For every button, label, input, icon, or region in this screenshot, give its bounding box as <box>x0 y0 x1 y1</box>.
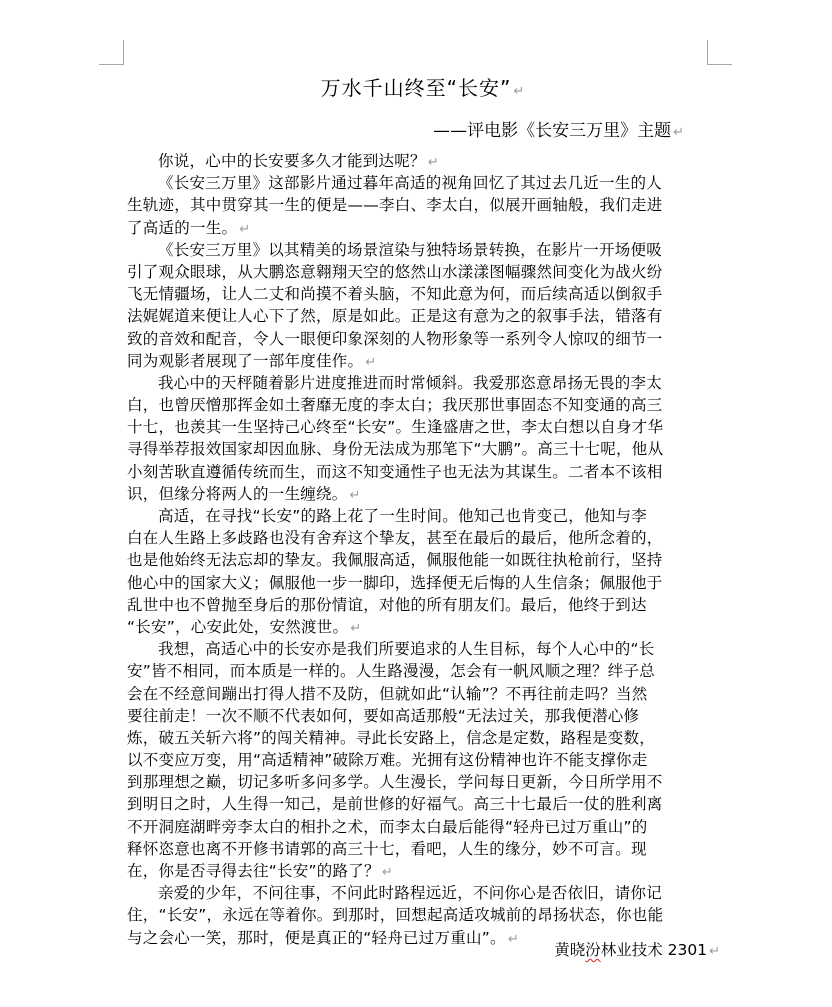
text-line: 《长安三万里》这部影片通过暮年高适的视角回忆了其过去几近一生的人 <box>127 172 702 194</box>
text-line: 乱世中也不曾抛至身后的那份情谊，对他的所有朋友们。最后，他终于到达 <box>127 594 702 616</box>
text-line: 了高适的一生。↵ <box>127 217 702 239</box>
text-line: 亲爱的少年，不问往事，不问此时路程远近，不问你心是否依旧，请你记 <box>127 882 702 904</box>
paragraph-mark-icon: ↵ <box>350 621 361 636</box>
line-text: “长安”，心安此处，安然渡世。 <box>127 618 348 636</box>
text-line: 法娓娓道来便让人心下了然，原是如此。正是这有意为之的叙事手法，错落有 <box>127 305 702 327</box>
line-text: 高适，在寻找“长安”的路上花了一生时间。他知己也肯变己，他知与李 <box>158 507 647 525</box>
paragraph: 我想，高适心中的长安亦是我们所要追求的人生目标，每个人心中的“长安”皆不相同，而… <box>127 638 702 882</box>
line-text: 与之会心一笑，那时，便是真正的“轻舟已过万重山”。 <box>127 929 506 947</box>
line-text: 乱世中也不曾抛至身后的那份情谊，对他的所有朋友们。最后，他终于到达 <box>127 596 647 614</box>
line-text: 到那理想之巅，切记多听多问多学。人生漫长，学问每日更新，今日所学用不 <box>127 773 663 791</box>
line-text: 会在不经意间蹦出打得人措不及防，但就如此“认输”？不再往前走吗？当然 <box>127 685 648 703</box>
line-text: 寻得举荐报效国家却因血脉、身份无法成为那笔下“大鹏”。高三十七呢，他从 <box>127 440 663 458</box>
line-text: 住，“长安”，永远在等着你。到那时，回想起高适攻城前的昂扬状态，你也能 <box>127 906 663 924</box>
text-line: 在，你是否寻得去往“长安”的路了？↵ <box>127 860 702 882</box>
text-line: 寻得举荐报效国家却因血脉、身份无法成为那笔下“大鹏”。高三十七呢，他从 <box>127 438 702 460</box>
text-line: “长安”，心安此处，安然渡世。↵ <box>127 616 702 638</box>
line-text: 生轨迹，其中贯穿其一生的便是——李白、李太白，似展开画轴般，我们走进 <box>127 196 663 214</box>
line-text: 要往前走！一次不顺不代表如何，要如高适那般“无法过关，那我便潜心修 <box>127 707 639 725</box>
text-line: 不开洞庭湖畔旁李太白的相扑之术，而李太白最后能得“轻舟已过万重山”的 <box>127 816 702 838</box>
text-line: 我想，高适心中的长安亦是我们所要追求的人生目标，每个人心中的“长 <box>127 638 702 660</box>
author-signature[interactable]: 黄晓汾林业技术 2301↵ <box>554 939 720 963</box>
text-line: 高适，在寻找“长安”的路上花了一生时间。他知己也肯变己，他知与李 <box>127 505 702 527</box>
text-line: 会在不经意间蹦出打得人措不及防，但就如此“认输”？不再往前走吗？当然 <box>127 683 702 705</box>
text-line: 识，但缘分将两人的一生缠绕。↵ <box>127 483 702 505</box>
paragraph-mark-icon: ↵ <box>365 355 376 370</box>
margin-corner-mark-top-left <box>99 40 124 65</box>
line-text: 飞无情疆场，让人二丈和尚摸不着头脑，不知此意为何，而后续高适以倒叙手 <box>127 285 663 303</box>
document-body[interactable]: 你说，心中的长安要多久才能到达呢？↵《长安三万里》这部影片通过暮年高适的视角回忆… <box>127 150 702 949</box>
text-line: 要往前走！一次不顺不代表如何，要如高适那般“无法过关，那我便潜心修 <box>127 705 702 727</box>
title-text: 万水千山终至“长安” <box>321 76 512 100</box>
paragraph: 我心中的天枰随着影片进度推进而时常倾斜。我爱那恣意昂扬无畏的李太白，也曾厌憎那挥… <box>127 372 702 505</box>
line-text: 释怀恣意也离不开修书请郭的高三十七，看吧，人生的缘分，妙不可言。现 <box>127 840 647 858</box>
paragraph-mark-icon: ↵ <box>350 488 361 503</box>
signature-class-text: 林业技术 2301 <box>601 941 707 959</box>
paragraph: 《长安三万里》以其精美的场景渲染与独特场景转换，在影片一开场便吸引了观众眼球，从… <box>127 239 702 372</box>
paragraph-mark-icon: ↵ <box>513 84 525 99</box>
text-line: 到明日之时，人生得一知己，是前世修的好福气。高三十七最后一仗的胜利离 <box>127 793 702 815</box>
line-text: 引了观众眼球，从大鹏恣意翱翔天空的悠然山水漾漾图幅骤然间变化为战火纷 <box>127 263 663 281</box>
line-text: 法娓娓道来便让人心下了然，原是如此。正是这有意为之的叙事手法，错落有 <box>127 307 663 325</box>
paragraph-mark-icon: ↵ <box>508 932 519 947</box>
line-text: 小刻苦耿直遵循传统而生，而这不知变通性子也无法为其谋生。二者本不该相 <box>127 463 663 481</box>
document-subtitle[interactable]: ——评电影《长安三万里》主题↵ <box>433 118 684 146</box>
line-text: 到明日之时，人生得一知己，是前世修的好福气。高三十七最后一仗的胜利离 <box>127 795 663 813</box>
text-line: 安”皆不相同，而本质是一样的。人生路漫漫，怎会有一帆风顺之理？绊子总 <box>127 660 702 682</box>
text-line: 以不变应万变，用“高适精神”破除万难。光拥有这份精神也许不能支撑你走 <box>127 749 702 771</box>
text-line: 住，“长安”，永远在等着你。到那时，回想起高适攻城前的昂扬状态，你也能 <box>127 904 702 926</box>
text-line: 《长安三万里》以其精美的场景渲染与独特场景转换，在影片一开场便吸 <box>127 239 702 261</box>
text-line: 炼，破五关斩六将”的闯关精神。寻此长安路上，信念是定数，路程是变数， <box>127 727 702 749</box>
text-line: 我心中的天枰随着影片进度推进而时常倾斜。我爱那恣意昂扬无畏的李太 <box>127 372 702 394</box>
line-text: 也是他始终无法忘却的挚友。我佩服高适，佩服他能一如既往执枪前行，坚持 <box>127 551 663 569</box>
text-line: 也是他始终无法忘却的挚友。我佩服高适，佩服他能一如既往执枪前行，坚持 <box>127 549 702 571</box>
text-line: 生轨迹，其中贯穿其一生的便是——李白、李太白，似展开画轴般，我们走进 <box>127 194 702 216</box>
paragraph: 高适，在寻找“长安”的路上花了一生时间。他知己也肯变己，他知与李白在人生路上多歧… <box>127 505 702 638</box>
line-text: 不开洞庭湖畔旁李太白的相扑之术，而李太白最后能得“轻舟已过万重山”的 <box>127 818 648 836</box>
line-text: 白，也曾厌憎那挥金如土奢靡无度的李太白；我厌那世事固态不知变通的高三 <box>127 396 663 414</box>
text-line: 白，也曾厌憎那挥金如土奢靡无度的李太白；我厌那世事固态不知变通的高三 <box>127 394 702 416</box>
line-text: 安”皆不相同，而本质是一样的。人生路漫漫，怎会有一帆风顺之理？绊子总 <box>127 662 655 680</box>
line-text: 了高适的一生。 <box>127 219 237 237</box>
paragraph: 《长安三万里》这部影片通过暮年高适的视角回忆了其过去几近一生的人生轨迹，其中贯穿… <box>127 172 702 239</box>
line-text: 你说，心中的长安要多久才能到达呢？ <box>158 152 426 170</box>
paragraph-mark-icon: ↵ <box>239 222 250 237</box>
paragraph-mark-icon: ↵ <box>673 125 684 140</box>
text-line: 你说，心中的长安要多久才能到达呢？↵ <box>127 150 702 172</box>
line-text: 炼，破五关斩六将”的闯关精神。寻此长安路上，信念是定数，路程是变数， <box>127 729 655 747</box>
text-line: 十七，也羡其一生坚持己心终至“长安”。生逢盛唐之世，李太白想以自身才华 <box>127 416 702 438</box>
margin-corner-mark-top-right <box>707 40 732 65</box>
text-line: 致的音效和配音，令人一眼便印象深刻的人物形象等一系列令人惊叹的细节一 <box>127 328 702 350</box>
paragraph: 你说，心中的长安要多久才能到达呢？↵ <box>127 150 702 172</box>
subtitle-text: ——评电影《长安三万里》主题 <box>433 121 671 141</box>
line-text: 致的音效和配音，令人一眼便印象深刻的人物形象等一系列令人惊叹的细节一 <box>127 330 663 348</box>
text-line: 飞无情疆场，让人二丈和尚摸不着头脑，不知此意为何，而后续高适以倒叙手 <box>127 283 702 305</box>
spellcheck-flagged-word[interactable]: 汾 <box>585 941 601 959</box>
line-text: 我心中的天枰随着影片进度推进而时常倾斜。我爱那恣意昂扬无畏的李太 <box>158 374 662 392</box>
line-text: 十七，也羡其一生坚持己心终至“长安”。生逢盛唐之世，李太白想以自身才华 <box>127 418 663 436</box>
line-text: 在，你是否寻得去往“长安”的路了？ <box>127 862 380 880</box>
text-line: 引了观众眼球，从大鹏恣意翱翔天空的悠然山水漾漾图幅骤然间变化为战火纷 <box>127 261 702 283</box>
document-title[interactable]: 万水千山终至“长安”↵ <box>0 74 832 106</box>
paragraph-mark-icon: ↵ <box>382 865 393 880</box>
text-line: 小刻苦耿直遵循传统而生，而这不知变通性子也无法为其谋生。二者本不该相 <box>127 461 702 483</box>
paragraph-mark-icon: ↵ <box>709 944 720 959</box>
line-text: 同为观影者展现了一部年度佳作。 <box>127 352 363 370</box>
line-text: 以不变应万变，用“高适精神”破除万难。光拥有这份精神也许不能支撑你走 <box>127 751 648 769</box>
line-text: 《长安三万里》这部影片通过暮年高适的视角回忆了其过去几近一生的人 <box>158 174 662 192</box>
text-line: 他心中的国家大义；佩服他一步一脚印，选择便无后悔的人生信条；佩服他于 <box>127 572 702 594</box>
text-line: 白在人生路上多歧路也没有舍弃这个挚友，甚至在最后的最后，他所念着的， <box>127 527 702 549</box>
text-line: 同为观影者展现了一部年度佳作。↵ <box>127 350 702 372</box>
line-text: 亲爱的少年，不问往事，不问此时路程远近，不问你心是否依旧，请你记 <box>158 884 662 902</box>
line-text: 《长安三万里》以其精美的场景渲染与独特场景转换，在影片一开场便吸 <box>158 241 662 259</box>
line-text: 我想，高适心中的长安亦是我们所要追求的人生目标，每个人心中的“长 <box>158 640 655 658</box>
text-line: 释怀恣意也离不开修书请郭的高三十七，看吧，人生的缘分，妙不可言。现 <box>127 838 702 860</box>
line-text: 他心中的国家大义；佩服他一步一脚印，选择便无后悔的人生信条；佩服他于 <box>127 574 663 592</box>
line-text: 识，但缘分将两人的一生缠绕。 <box>127 485 348 503</box>
paragraph-mark-icon: ↵ <box>428 155 439 170</box>
signature-text: 黄晓 <box>554 941 585 959</box>
text-line: 到那理想之巅，切记多听多问多学。人生漫长，学问每日更新，今日所学用不 <box>127 771 702 793</box>
line-text: 白在人生路上多歧路也没有舍弃这个挚友，甚至在最后的最后，他所念着的， <box>127 529 663 547</box>
document-page: 万水千山终至“长安”↵ ——评电影《长安三万里》主题↵ 你说，心中的长安要多久才… <box>0 0 832 1007</box>
